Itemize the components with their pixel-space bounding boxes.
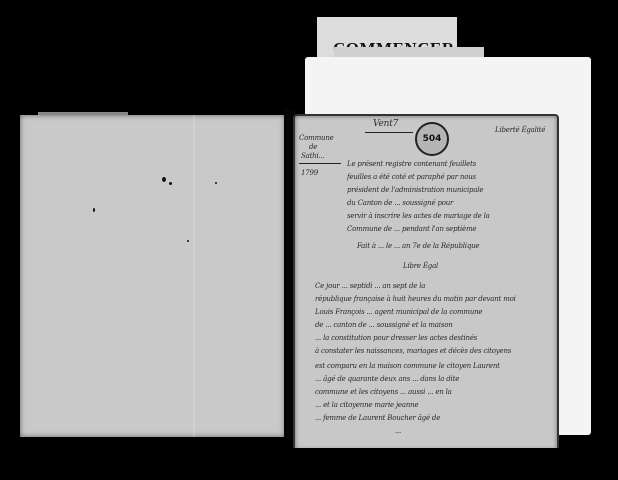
text-line: Le présent registre contenant feuillets [347, 160, 476, 168]
scan-bottom-edge [0, 448, 618, 480]
margin-year: 1799 [301, 169, 318, 177]
text-line: président de l'administration municipale [347, 186, 483, 194]
right-page-register: 504 Vent7 Liberté Égalité Commune de Sat… [293, 114, 559, 452]
text-line: Libre Égal [403, 262, 438, 270]
top-rule [365, 132, 413, 133]
text-line: Louis François ... agent municipal de la… [315, 308, 482, 316]
top-note: Vent7 [373, 119, 398, 129]
text-line: ... âgé de quarante deux ans ... dans la… [315, 375, 459, 383]
ink-speck [162, 177, 166, 182]
text-line: ... femme de Laurent Boucher âgé de [315, 414, 440, 422]
margin-de: de [309, 143, 317, 151]
text-line: ... et la citoyenne marie jeanne [315, 401, 418, 409]
text-line: Commune de ... pendant l'an septième [347, 225, 476, 233]
ink-speck [93, 208, 95, 212]
text-line: ... [395, 427, 401, 435]
text-line: feuilles a été coté et paraphé par nous [347, 173, 476, 181]
ink-speck [187, 240, 189, 242]
archive-stamp: 504 [415, 122, 449, 156]
text-line: du Canton de ... soussigné pour [347, 199, 453, 207]
left-page-blank [20, 115, 285, 437]
page-fold [193, 115, 195, 437]
text-line: est comparu en la maison commune le cito… [315, 362, 500, 370]
text-line: de ... canton de ... soussigné et la mai… [315, 321, 453, 329]
margin-commune: Commune [299, 134, 334, 142]
text-line: république française à huit heures du ma… [315, 295, 516, 303]
text-line: servir à inscrire les actes de mariage d… [347, 212, 490, 220]
text-line: ... la constitution pour dresser les act… [315, 334, 477, 342]
margin-rule [299, 163, 341, 164]
text-line: à constater les naissances, mariages et … [315, 347, 511, 355]
text-line: Fait à ... le ... an 7e de la République [357, 242, 479, 250]
ink-speck [169, 182, 172, 185]
right-margin-note: Liberté Égalité [495, 126, 545, 134]
stamp-number: 504 [423, 134, 442, 144]
ink-speck [215, 182, 217, 184]
text-line: Ce jour ... septidi ... an sept de la [315, 282, 425, 290]
text-line: commune et les citoyens ... aussi ... en… [315, 388, 452, 396]
margin-place: Sathi... [301, 152, 325, 160]
